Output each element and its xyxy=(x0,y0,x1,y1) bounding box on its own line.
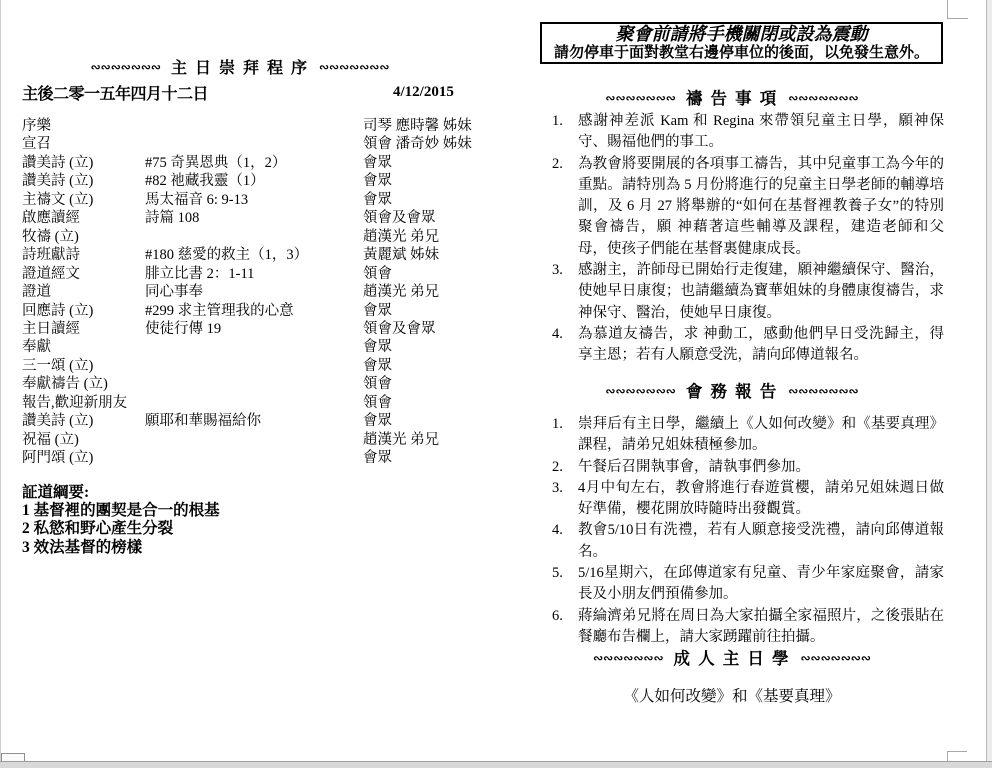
program-row: 主禱文 (立)馬太福音 6: 9-13會眾 xyxy=(22,191,487,209)
report-item: 3.4月中旬左右，教會將進行春遊賞櫻，請弟兄姐妹週日做好準備，櫻花開放時隨時出發… xyxy=(552,478,944,521)
program-content: 願耶和華賜福給你 xyxy=(145,412,363,430)
program-person: 會眾 xyxy=(363,302,392,320)
program-item: 讚美詩 (立) xyxy=(22,154,145,172)
item-number: 6. xyxy=(552,606,578,649)
program-row: 讚美詩 (立)#75 奇異恩典（1，2）會眾 xyxy=(22,154,487,172)
item-number: 2. xyxy=(552,154,578,260)
program-row: 奉獻禱告 (立)領會 xyxy=(22,375,487,393)
report-text: 午餐后召開執事會，請執事們參加。 xyxy=(578,457,944,478)
item-number: 2. xyxy=(552,457,578,478)
report-items-list: 1.崇拜后有主日學，繼續上《人如何改變》和《基要真理》課程，請弟兄姐妹積極參加。… xyxy=(552,414,944,648)
notice-box: 聚會前請將手機關閉或設為震動 請勿停車于面對教堂右邊停車位的後面，以免發生意外。 xyxy=(540,22,943,64)
program-content xyxy=(145,431,363,449)
program-item: 讚美詩 (立) xyxy=(22,172,145,190)
report-section-header: ∾∾∾∾∾∾∾會 務 報 告∾∾∾∾∾∾∾ xyxy=(520,378,944,402)
item-number: 3. xyxy=(552,478,578,521)
program-content xyxy=(145,449,363,467)
report-item: 2.午餐后召開執事會，請執事們參加。 xyxy=(552,457,944,478)
notice-parking-line: 請勿停車于面對教堂右邊停車位的後面，以免發生意外。 xyxy=(542,44,941,62)
prayer-text: 感謝神差派 Kam 和 Regina 來帶領兒童主日學，願神保守、賜福他們的事工… xyxy=(578,111,944,154)
worship-program-table: 序樂司琴 應時馨 姊妹宣召領會 潘奇妙 姊妹讚美詩 (立)#75 奇異恩典（1，… xyxy=(22,117,487,468)
program-row: 阿門頌 (立)會眾 xyxy=(22,449,487,467)
program-person: 會眾 xyxy=(363,412,392,430)
sermon-outline: 証道綱要: 1 基督裡的團契是合一的根基2 私慾和野心產生分裂3 效法基督的榜樣 xyxy=(22,484,220,557)
program-row: 證道同心事奉趙漢光 弟兄 xyxy=(22,283,487,301)
scroll-ornament-icon: ∾∾∾∾∾∾∾ xyxy=(593,651,663,665)
program-person: 領會 xyxy=(363,375,392,393)
program-person: 會眾 xyxy=(363,191,392,209)
prayer-section-header: ∾∾∾∾∾∾∾禱 告 事 項∾∾∾∾∾∾∾ xyxy=(520,85,944,109)
program-content xyxy=(145,117,363,135)
program-item: 宣召 xyxy=(22,135,145,153)
prayer-item: 1.感謝神差派 Kam 和 Regina 來帶領兒童主日學，願神保守、賜福他們的… xyxy=(552,111,944,154)
item-number: 4. xyxy=(552,324,578,367)
program-row: 讚美詩 (立)願耶和華賜福給你會眾 xyxy=(22,412,487,430)
program-item: 奉獻禱告 (立) xyxy=(22,375,145,393)
scroll-ornament-icon: ∾∾∾∾∾∾∾ xyxy=(788,91,858,105)
program-row: 祝福 (立)趙漢光 弟兄 xyxy=(22,431,487,449)
program-item: 詩班獻詩 xyxy=(22,246,145,264)
adult-sunday-school-title: 成 人 主 日 學 xyxy=(674,649,791,668)
program-row: 報告,歡迎新朋友領會 xyxy=(22,394,487,412)
program-item: 啟應讀經 xyxy=(22,209,145,227)
text-boundary-mark-top-right xyxy=(947,0,948,18)
text-boundary-mark-bottom-right xyxy=(947,751,967,752)
outline-point: 1 基督裡的團契是合一的根基 xyxy=(22,502,220,520)
worship-order-title: 主 日 崇 拜 程 序 xyxy=(171,60,309,77)
program-content xyxy=(145,394,363,412)
program-content: #75 奇異恩典（1，2） xyxy=(145,154,363,172)
program-content: #82 祂藏我靈（1） xyxy=(145,172,363,190)
prayer-text: 為慕道友禱告，求 神動工，感動他們早日受洗歸主，得享主恩；若有人願意受洗，請向邱… xyxy=(578,324,944,367)
program-item: 祝福 (立) xyxy=(22,431,145,449)
program-person: 會眾 xyxy=(363,449,392,467)
scroll-ornament-icon: ∾∾∾∾∾∾∾ xyxy=(788,384,858,398)
prayer-item: 2.為教會將要開展的各項事工禱告，其中兒童事工為今年的重點。請特別為 5 月份將… xyxy=(552,154,944,260)
text-boundary-mark-top-right xyxy=(947,18,968,19)
program-item: 阿門頌 (立) xyxy=(22,449,145,467)
program-item: 證道 xyxy=(22,283,145,301)
program-person: 趙漢光 弟兄 xyxy=(363,431,439,449)
item-number: 4. xyxy=(552,520,578,563)
program-content xyxy=(145,357,363,375)
program-content: 詩篇 108 xyxy=(145,209,363,227)
program-item: 報告,歡迎新朋友 xyxy=(22,394,145,412)
program-content: #299 求主管理我的心意 xyxy=(145,302,363,320)
prayer-section-title: 禱 告 事 項 xyxy=(686,89,778,108)
sermon-outline-points: 1 基督裡的團契是合一的根基2 私慾和野心產生分裂3 效法基督的榜樣 xyxy=(22,502,220,557)
program-item: 奉獻 xyxy=(22,338,145,356)
program-content xyxy=(145,375,363,393)
program-row: 詩班獻詩#180 慈愛的救主（1，3）黃麗斌 姊妹 xyxy=(22,246,487,264)
program-person: 領會 潘奇妙 姊妹 xyxy=(363,135,472,153)
program-person: 領會及會眾 xyxy=(363,209,436,227)
program-item: 主禱文 (立) xyxy=(22,191,145,209)
program-content xyxy=(145,338,363,356)
program-person: 領會 xyxy=(363,394,392,412)
sermon-outline-title: 証道綱要: xyxy=(22,484,220,502)
program-item: 讚美詩 (立) xyxy=(22,412,145,430)
program-person: 會眾 xyxy=(363,154,392,172)
program-content xyxy=(145,228,363,246)
program-person: 會眾 xyxy=(363,172,392,190)
program-row: 回應詩 (立)#299 求主管理我的心意會眾 xyxy=(22,302,487,320)
bulletin-page: ∾∾∾∾∾∾∾主 日 崇 拜 程 序∾∾∾∾∾∾∾ 主後二零一五年四月十二日 4… xyxy=(0,0,992,768)
report-item: 6.蔣綸濟弟兄將在周日為大家拍攝全家福照片，之後張貼在餐廳布告欄上，請大家踴躍前… xyxy=(552,606,944,649)
program-content: 使徒行傳 19 xyxy=(145,320,363,338)
prayer-item: 3.感謝主，許師母已開始行走復建，願神繼續保守、醫治，使她早日康復；也請繼續為寶… xyxy=(552,260,944,324)
report-item: 1.崇拜后有主日學，繼續上《人如何改變》和《基要真理》課程，請弟兄姐妹積極參加。 xyxy=(552,414,944,457)
program-content: 同心事奉 xyxy=(145,283,363,301)
page-edge-left xyxy=(0,0,1,768)
program-row: 啟應讀經詩篇 108領會及會眾 xyxy=(22,209,487,227)
prayer-item: 4.為慕道友禱告，求 神動工，感動他們早日受洗歸主，得享主恩；若有人願意受洗，請… xyxy=(552,324,944,367)
prayer-text: 感謝主，許師母已開始行走復建，願神繼續保守、醫治，使她早日康復；也請繼續為寶華姐… xyxy=(578,260,944,324)
scroll-ornament-icon: ∾∾∾∾∾∾∾ xyxy=(319,60,389,74)
program-row: 證道經文腓立比書 2：1-11領會 xyxy=(22,265,487,283)
adult-sunday-school-header: ∾∾∾∾∾∾∾成 人 主 日 學∾∾∾∾∾∾∾ xyxy=(520,645,944,669)
program-item: 回應詩 (立) xyxy=(22,302,145,320)
program-person: 趙漢光 弟兄 xyxy=(363,283,439,301)
program-content: 腓立比書 2：1-11 xyxy=(145,265,363,283)
program-item: 三一頌 (立) xyxy=(22,357,145,375)
program-row: 牧禱 (立)趙漢光 弟兄 xyxy=(22,228,487,246)
program-person: 會眾 xyxy=(363,338,392,356)
notice-phone-line: 聚會前請將手機關閉或設為震動 xyxy=(542,24,941,44)
item-number: 1. xyxy=(552,414,578,457)
program-row: 讚美詩 (立)#82 祂藏我靈（1）會眾 xyxy=(22,172,487,190)
scroll-ornament-icon: ∾∾∾∾∾∾∾ xyxy=(801,651,871,665)
report-item: 4.教會5/10日有洗禮，若有人願意接受洗禮，請向邱傳道報名。 xyxy=(552,520,944,563)
outline-point: 2 私慾和野心產生分裂 xyxy=(22,520,220,538)
program-person: 領會 xyxy=(363,265,392,283)
prayer-text: 為教會將要開展的各項事工禱告，其中兒童事工為今年的重點。請特別為 5 月份將進行… xyxy=(578,154,944,260)
program-person: 會眾 xyxy=(363,357,392,375)
report-text: 4月中旬左右，教會將進行春遊賞櫻，請弟兄姐妹週日做好準備，櫻花開放時隨時出發觀賞… xyxy=(578,478,944,521)
scroll-ornament-icon: ∾∾∾∾∾∾∾ xyxy=(605,91,675,105)
program-person: 司琴 應時馨 姊妹 xyxy=(363,117,472,135)
program-item: 序樂 xyxy=(22,117,145,135)
adult-sunday-school-books: 《人如何改變》和《基要真理》 xyxy=(520,684,944,706)
program-row: 宣召領會 潘奇妙 姊妹 xyxy=(22,135,487,153)
worship-order-header: ∾∾∾∾∾∾∾主 日 崇 拜 程 序∾∾∾∾∾∾∾ xyxy=(5,55,475,78)
page-edge-right xyxy=(987,0,992,768)
program-content: 馬太福音 6: 9-13 xyxy=(145,191,363,209)
item-number: 5. xyxy=(552,563,578,606)
report-text: 教會5/10日有洗禮，若有人願意接受洗禮，請向邱傳道報名。 xyxy=(578,520,944,563)
date-chinese: 主後二零一五年四月十二日 xyxy=(22,81,208,104)
prayer-items-list: 1.感謝神差派 Kam 和 Regina 來帶領兒童主日學，願神保守、賜福他們的… xyxy=(552,111,944,367)
item-number: 3. xyxy=(552,260,578,324)
program-row: 主日讀經使徒行傳 19領會及會眾 xyxy=(22,320,487,338)
program-person: 趙漢光 弟兄 xyxy=(363,228,439,246)
program-item: 主日讀經 xyxy=(22,320,145,338)
report-item: 5.5/16星期六，在邱傳道家有兒童、青少年家庭聚會，請家長及小朋友們預備參加。 xyxy=(552,563,944,606)
program-item: 證道經文 xyxy=(22,265,145,283)
date-numeric: 4/12/2015 xyxy=(393,84,454,101)
program-content xyxy=(145,135,363,153)
item-number: 1. xyxy=(552,111,578,154)
program-person: 黃麗斌 姊妹 xyxy=(363,246,439,264)
program-row: 三一頌 (立)會眾 xyxy=(22,357,487,375)
report-text: 5/16星期六，在邱傳道家有兒童、青少年家庭聚會，請家長及小朋友們預備參加。 xyxy=(578,563,944,606)
page-edge-bottom xyxy=(0,761,992,768)
report-text: 蔣綸濟弟兄將在周日為大家拍攝全家福照片，之後張貼在餐廳布告欄上，請大家踴躍前往拍… xyxy=(578,606,944,649)
scroll-ornament-icon: ∾∾∾∾∾∾∾ xyxy=(605,384,675,398)
report-text: 崇拜后有主日學，繼續上《人如何改變》和《基要真理》課程，請弟兄姐妹積極參加。 xyxy=(578,414,944,457)
program-item: 牧禱 (立) xyxy=(22,228,145,246)
program-content: #180 慈愛的救主（1，3） xyxy=(145,246,363,264)
page-edge-right-line xyxy=(986,0,987,768)
program-row: 序樂司琴 應時馨 姊妹 xyxy=(22,117,487,135)
program-person: 領會及會眾 xyxy=(363,320,436,338)
outline-point: 3 效法基督的榜樣 xyxy=(22,539,220,557)
scroll-ornament-icon: ∾∾∾∾∾∾∾ xyxy=(91,60,161,74)
program-row: 奉獻會眾 xyxy=(22,338,487,356)
report-section-title: 會 務 報 告 xyxy=(686,382,778,401)
